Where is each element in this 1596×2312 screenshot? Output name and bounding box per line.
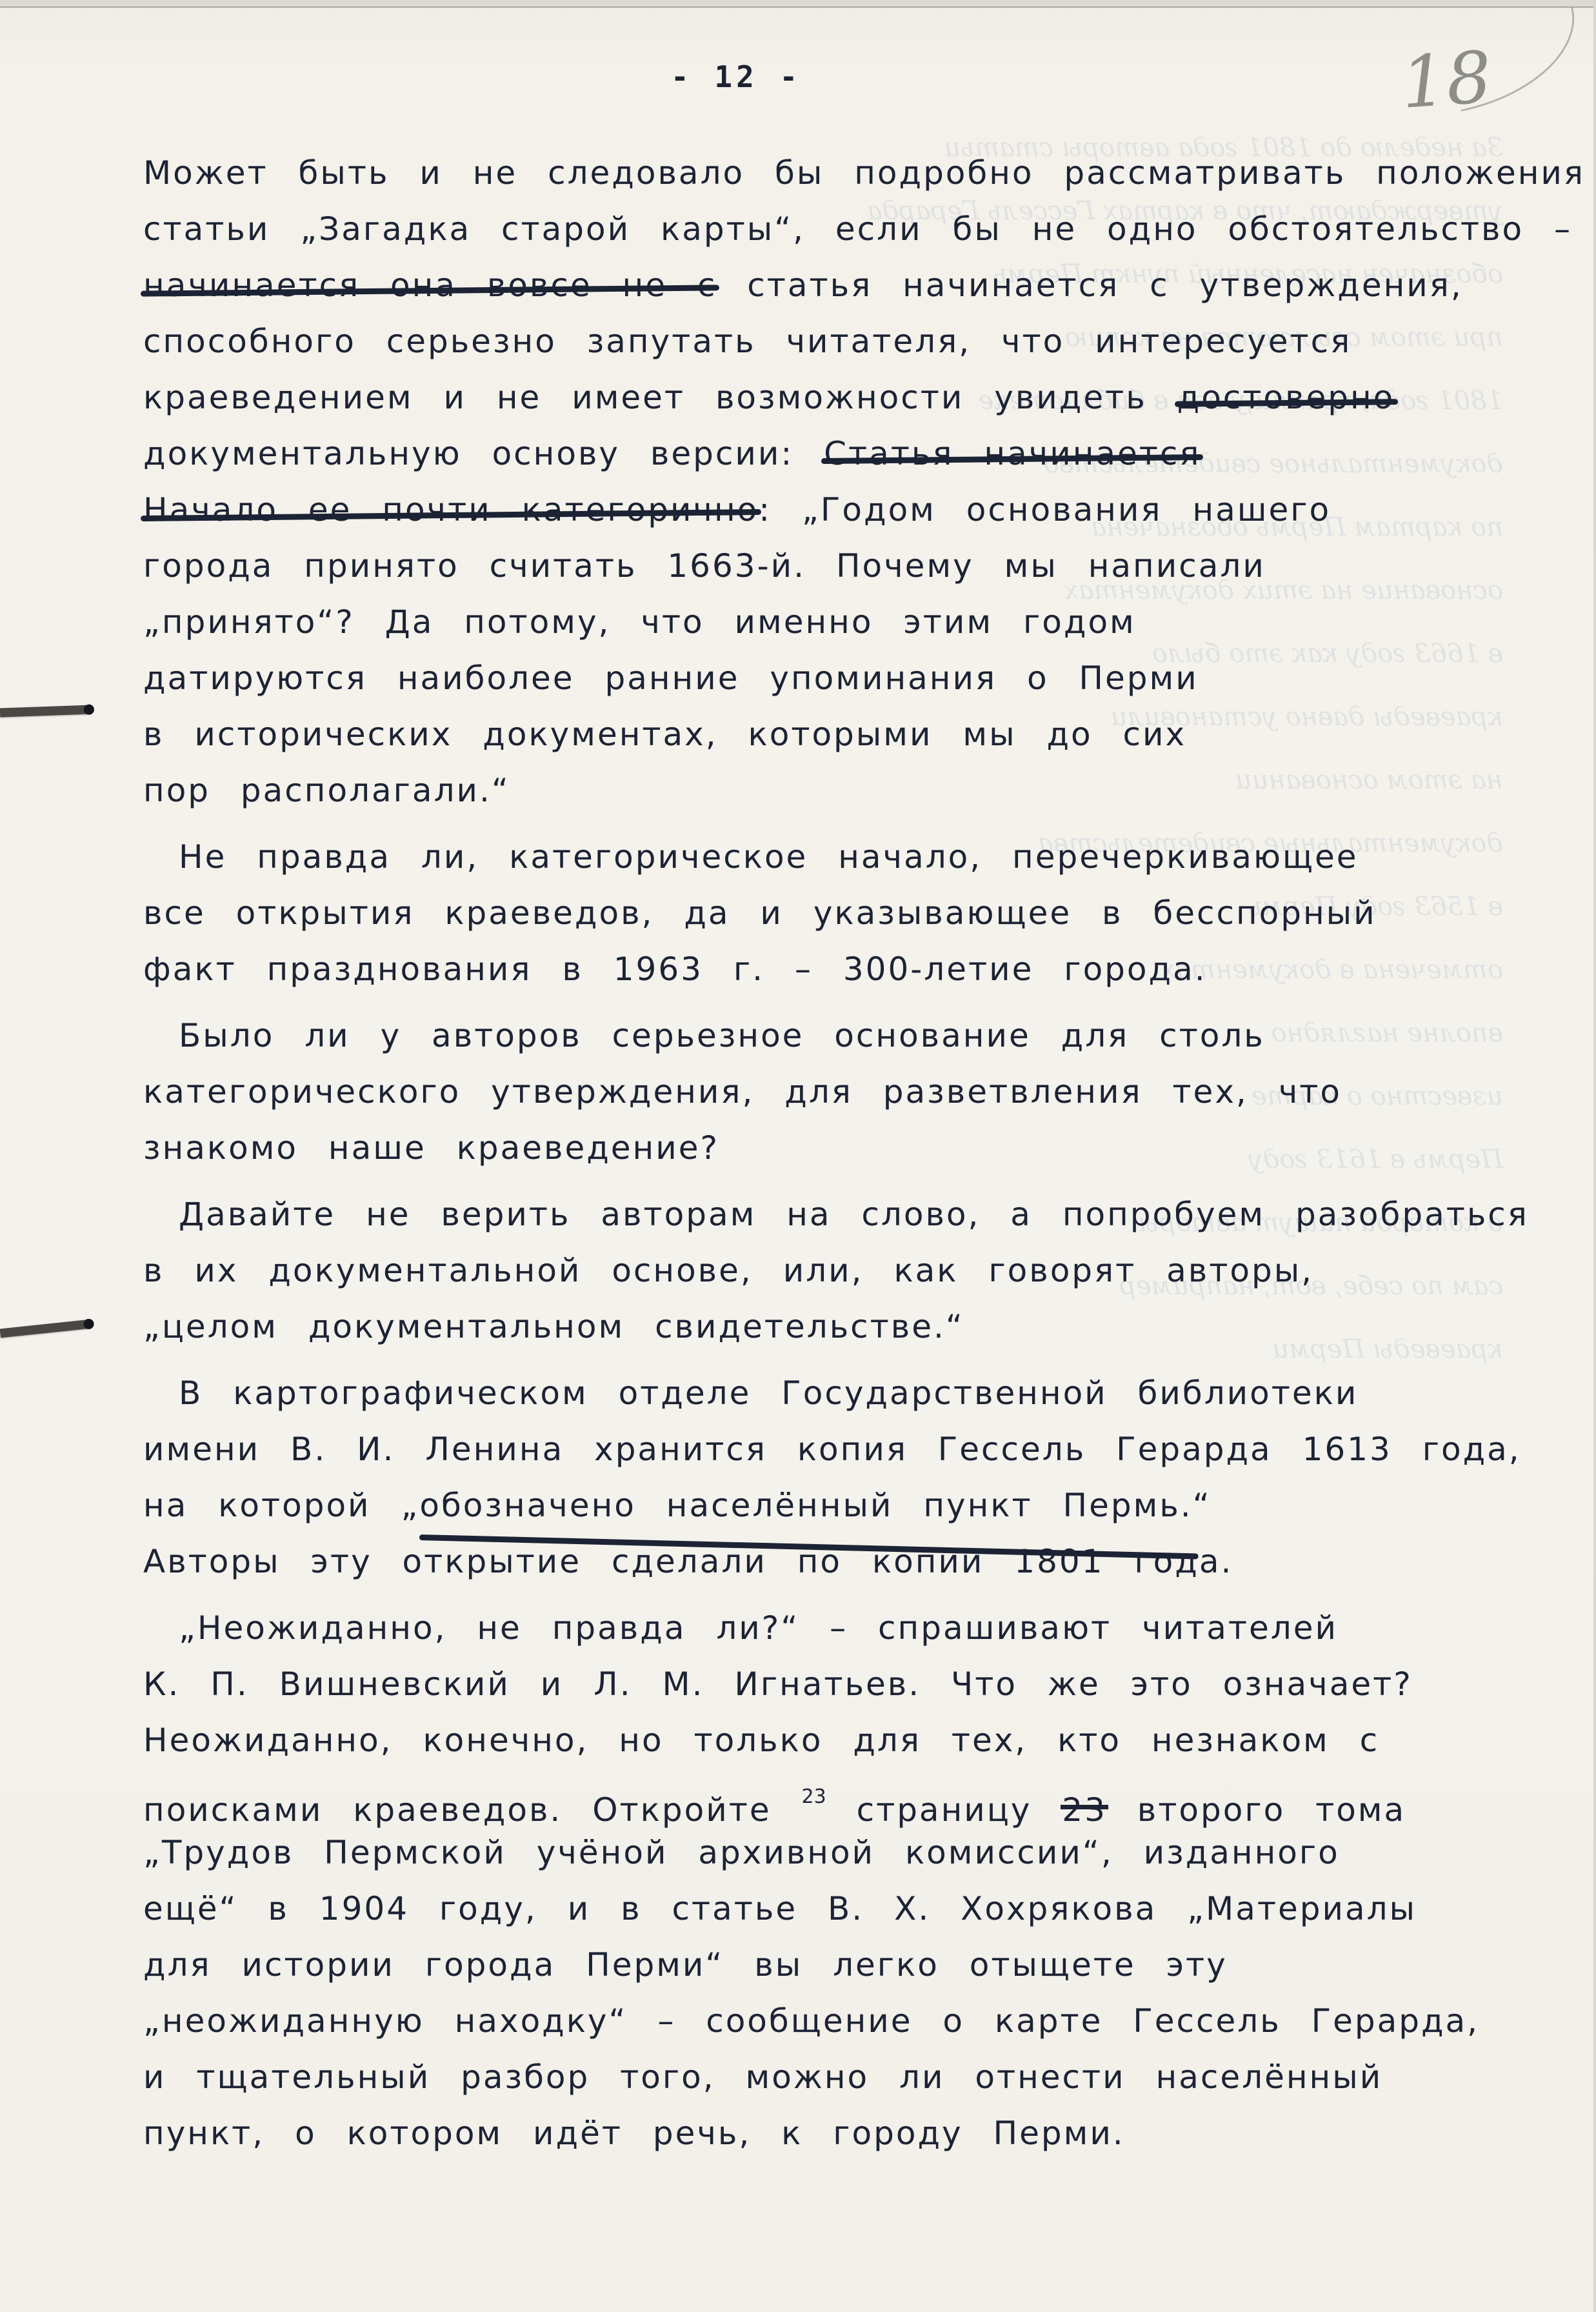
text-line: города принято считать 1663-й. Почему мы…	[143, 538, 1511, 594]
text-segment: „неожиданную находку“ – сообщение о карт…	[143, 2002, 1479, 2040]
text-segment: К. П. Вишневский и Л. М. Игнатьев. Что ж…	[143, 1665, 1413, 1703]
struck-out-text: начинается она вовсе не с	[143, 257, 717, 314]
text-line: категорического утверждения, для разветв…	[143, 1064, 1511, 1120]
binding-thread	[0, 1320, 90, 1338]
text-segment: второго тома	[1107, 1791, 1406, 1829]
text-line: пор располагали.“	[143, 763, 1511, 819]
text-segment: : „Годом основания нашего	[759, 491, 1331, 528]
struck-out-text: Статья начинается	[824, 426, 1201, 482]
text-segment: и тщательный разбор того, можно ли отнес…	[143, 2058, 1382, 2096]
text-line: В картографическом отделе Государственно…	[143, 1365, 1511, 1422]
text-line: для истории города Перми“ вы легко отыще…	[143, 1937, 1511, 1993]
text-line: пункт, о котором идёт речь, к городу Пер…	[143, 2106, 1511, 2162]
text-line: и тщательный разбор того, можно ли отнес…	[143, 2049, 1511, 2106]
text-segment: категорического утверждения, для разветв…	[143, 1073, 1342, 1111]
text-segment: поисками краеведов. Откройте	[143, 1791, 802, 1829]
text-segment: статьи „Загадка старой карты“, если бы н…	[143, 210, 1572, 248]
text-line: краеведением и не имеет возможности увид…	[143, 370, 1511, 426]
text-segment: датируются наиболее ранние упоминания о …	[143, 659, 1199, 697]
text-segment: Авторы эту открытие сделали по копии 180…	[143, 1543, 1233, 1580]
text-line: „Трудов Пермской учёной архивной комисси…	[143, 1825, 1511, 1881]
text-segment: для истории города Перми“ вы легко отыще…	[143, 1946, 1228, 1984]
text-segment: Было ли у авторов серьезное основание дл…	[179, 1017, 1265, 1054]
text-segment: Может быть и не следовало бы подробно ра…	[143, 154, 1585, 192]
text-segment: „принято“? Да потому, что именно этим го…	[143, 603, 1136, 641]
handwritten-text-body: Может быть и не следовало бы подробно ра…	[143, 145, 1511, 2162]
text-line: „целом документальном свидетельстве.“	[143, 1299, 1511, 1355]
page-right-edge	[1593, 0, 1596, 2312]
text-segment: Неожиданно, конечно, но только для тех, …	[143, 1722, 1379, 1759]
text-segment: в исторических документах, которыми мы д…	[143, 716, 1186, 753]
folio-flourish	[1444, 6, 1589, 112]
text-line: ещё“ в 1904 году, и в статье В. Х. Хохря…	[143, 1881, 1511, 1937]
text-line: знакомо наше краеведение?	[143, 1120, 1511, 1176]
page-top-edge	[0, 0, 1596, 8]
text-segment: пор располагали.“	[143, 772, 510, 809]
text-segment: статья начинается с утверждения,	[717, 266, 1462, 304]
text-segment: „целом документальном свидетельстве.“	[143, 1308, 964, 1345]
text-segment: страницу	[826, 1791, 1062, 1829]
text-line: начинается она вовсе не с статья начинае…	[143, 257, 1511, 314]
text-line: поисками краеведов. Откройте 23 страницу…	[143, 1769, 1511, 1825]
text-segment: знакомо наше краеведение?	[143, 1129, 719, 1167]
text-line: Авторы эту открытие сделали по копии 180…	[143, 1534, 1511, 1590]
text-segment: все открытия краеведов, да и указывающее…	[143, 894, 1377, 932]
text-segment: ещё“ в 1904 году, и в статье В. Х. Хохря…	[143, 1890, 1417, 1927]
text-line: Давайте не верить авторам на слово, а по…	[143, 1187, 1511, 1243]
text-line: К. П. Вишневский и Л. М. Игнатьев. Что ж…	[143, 1656, 1511, 1713]
text-segment: факт празднования в 1963 г. – 300-летие …	[143, 950, 1207, 988]
text-line: Неожиданно, конечно, но только для тех, …	[143, 1713, 1511, 1769]
struck-out-text: Начало ее почти категорично	[143, 482, 759, 538]
text-segment: на которой „	[143, 1487, 419, 1524]
text-line: в их документальной основе, или, как гов…	[143, 1243, 1511, 1299]
text-line: „принято“? Да потому, что именно этим го…	[143, 594, 1511, 650]
text-line: факт празднования в 1963 г. – 300-летие …	[143, 941, 1511, 998]
text-line: Может быть и не следовало бы подробно ра…	[143, 145, 1511, 201]
superscript-correction: 23	[802, 1785, 826, 1808]
text-line: имени В. И. Ленина хранится копия Гессел…	[143, 1422, 1511, 1478]
text-segment: „Неожиданно, не правда ли?“ – спрашивают…	[179, 1609, 1338, 1647]
page-number: - 12 -	[671, 59, 801, 94]
text-segment: В картографическом отделе Государственно…	[179, 1374, 1358, 1412]
text-line: на которой „обозначено населённый пункт …	[143, 1478, 1511, 1534]
underlined-quote: обозначено населённый пункт Пермь.	[419, 1478, 1192, 1534]
text-segment: документальную основу версии:	[143, 435, 824, 472]
text-segment: Давайте не верить авторам на слово, а по…	[179, 1196, 1529, 1233]
text-segment: в их документальной основе, или, как гов…	[143, 1252, 1313, 1289]
text-segment: имени В. И. Ленина хранится копия Гессел…	[143, 1431, 1521, 1468]
binding-thread	[0, 705, 90, 718]
text-line: „неожиданную находку“ – сообщение о карт…	[143, 1993, 1511, 2049]
text-line: Было ли у авторов серьезное основание дл…	[143, 1008, 1511, 1064]
text-segment: способного серьезно запутать читателя, ч…	[143, 323, 1352, 360]
text-line: Не правда ли, категорическое начало, пер…	[143, 829, 1511, 885]
text-segment: „Трудов Пермской учёной архивной комисси…	[143, 1834, 1340, 1871]
text-line: „Неожиданно, не правда ли?“ – спрашивают…	[143, 1600, 1511, 1656]
struck-out-text: достоверно	[1177, 370, 1395, 426]
text-line: в исторических документах, которыми мы д…	[143, 707, 1511, 763]
text-segment: “	[1193, 1487, 1212, 1524]
text-segment: пункт, о котором идёт речь, к городу Пер…	[143, 2115, 1125, 2152]
text-segment: Не правда ли, категорическое начало, пер…	[179, 838, 1359, 876]
text-segment: краеведением и не имеет возможности увид…	[143, 379, 1177, 416]
text-line: датируются наиболее ранние упоминания о …	[143, 650, 1511, 707]
text-line: Начало ее почти категорично: „Годом осно…	[143, 482, 1511, 538]
text-line: способного серьезно запутать читателя, ч…	[143, 314, 1511, 370]
text-line: статьи „Загадка старой карты“, если бы н…	[143, 201, 1511, 257]
text-segment: города принято считать 1663-й. Почему мы…	[143, 547, 1266, 585]
text-line: документальную основу версии: Статья нач…	[143, 426, 1511, 482]
text-line: все открытия краеведов, да и указывающее…	[143, 885, 1511, 941]
manuscript-page: За неделю до 1801 года авторы статьи утв…	[0, 0, 1596, 2312]
